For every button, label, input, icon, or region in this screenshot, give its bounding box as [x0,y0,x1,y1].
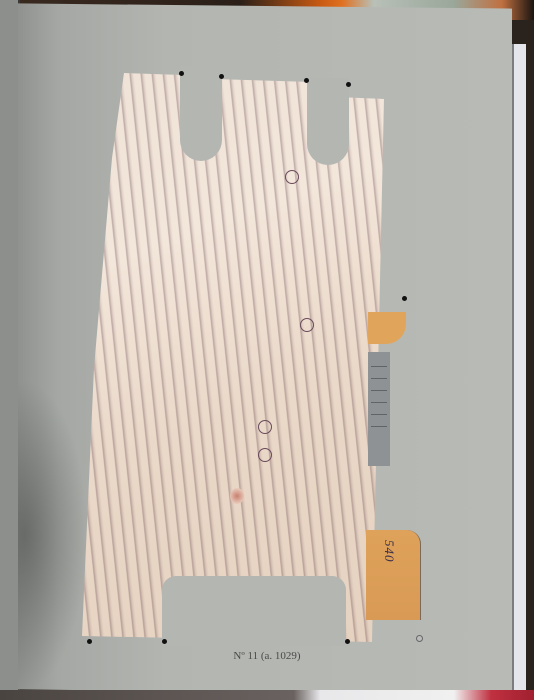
page-stack-edge [512,44,526,690]
registration-dot [345,639,350,644]
background-bottom [0,690,534,700]
registration-dot [402,296,407,301]
registration-dot [346,82,351,87]
previous-page-edge [0,0,20,692]
registration-dot [219,74,224,79]
shelfmark-number: 540 [381,540,397,563]
parchment-cutout-top-left [180,66,222,161]
signum-mark [285,170,299,184]
registration-pin [416,635,423,642]
plate-caption: Nº 11 (a. 1029) [0,650,534,662]
signum-mark [300,318,314,332]
parchment-cutout-bottom [162,576,346,646]
registration-dot [87,639,92,644]
parchment-stain [230,488,244,504]
page-gutter-shadow [18,380,88,690]
registration-dot [179,71,184,76]
signum-mark [258,420,272,434]
registration-dot [162,639,167,644]
registration-dot [304,78,309,83]
parchment-cutout-top-right [307,78,349,165]
signum-mark [258,448,272,462]
gray-annotation-strip [368,352,390,466]
